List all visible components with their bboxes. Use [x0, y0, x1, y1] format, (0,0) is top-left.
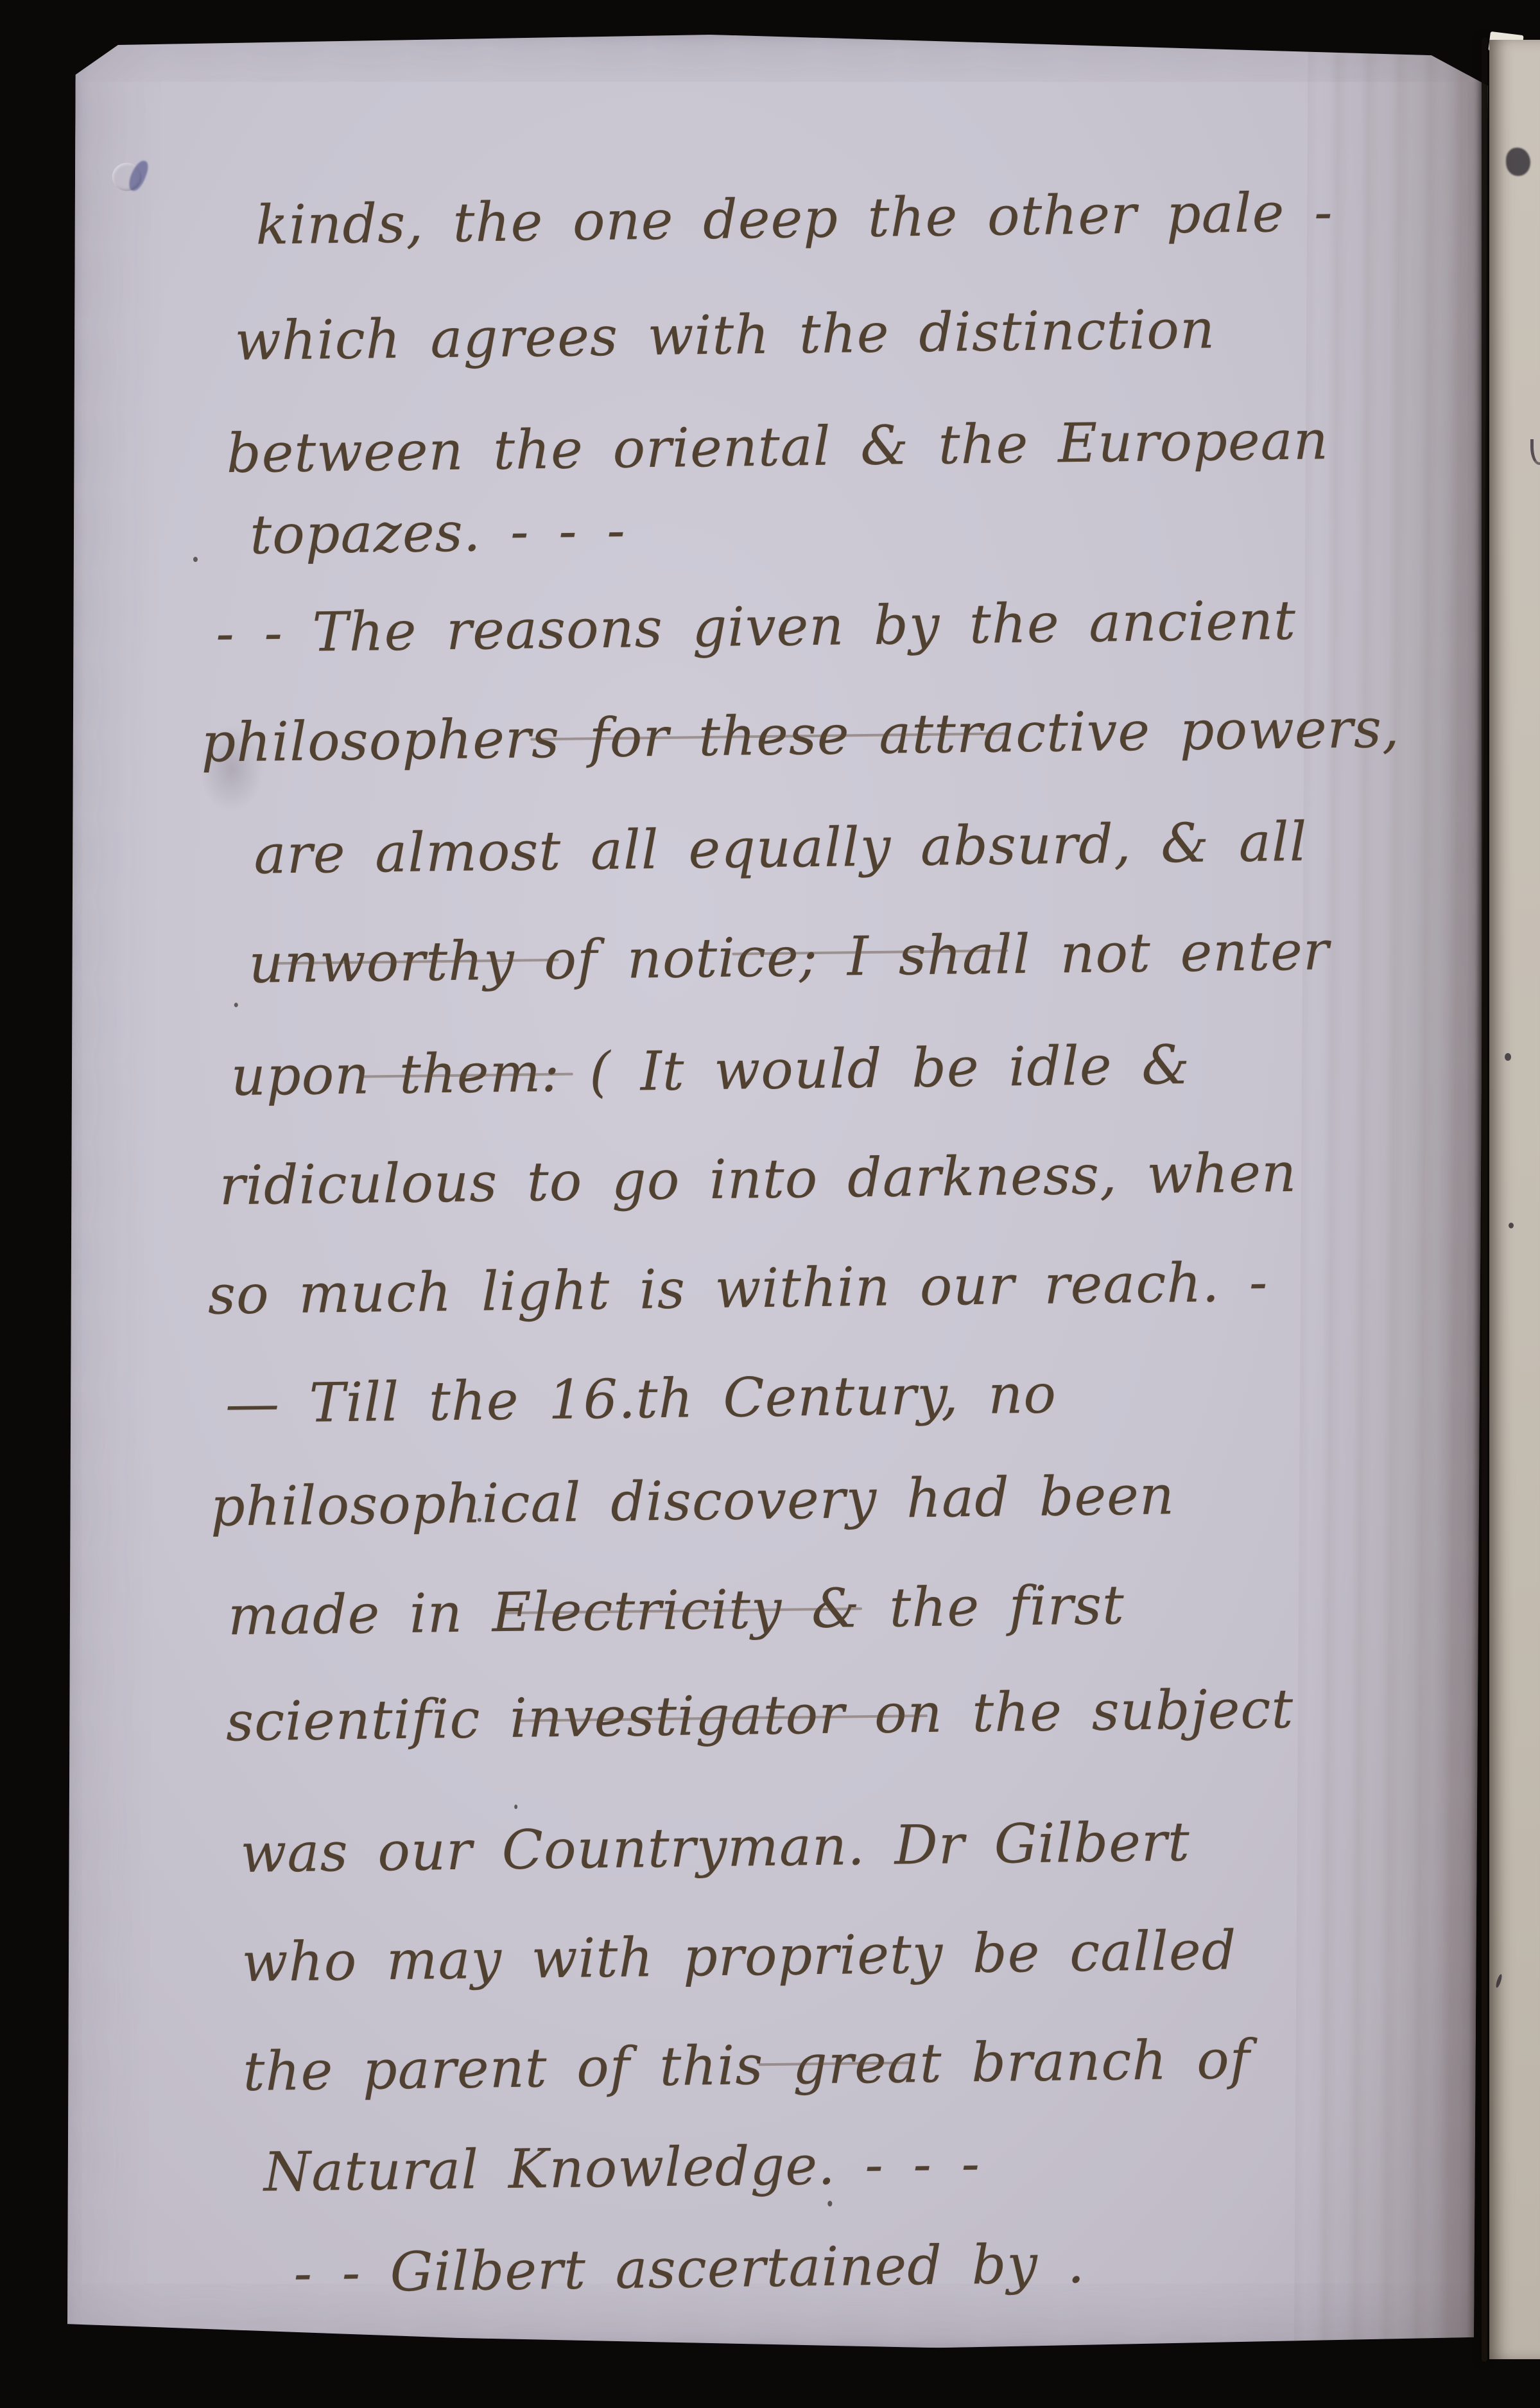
- manuscript-line-17: who may with propriety be called: [241, 1923, 1237, 1989]
- ink-speck: [1509, 1223, 1514, 1228]
- handwriting-layer: kinds, the one deep the other pale - whi…: [73, 16, 1513, 2345]
- manuscript-line-12: — Till the 16.th Century, no: [225, 1366, 1057, 1431]
- manuscript-line-8: unworthy of notice; I shall not enter: [248, 923, 1329, 991]
- manuscript-line-2: which agrees with the distinction: [234, 302, 1215, 368]
- manuscript-line-15: scientific investigator on the subject: [226, 1682, 1294, 1749]
- ink-mark: [1495, 1974, 1503, 1989]
- manuscript-line-9: upon them: ( It would be idle &: [230, 1038, 1190, 1103]
- ink-mark: [1530, 439, 1540, 465]
- manuscript-line-1: kinds, the one deep the other pale -: [255, 185, 1333, 252]
- ink-smudge: [1506, 148, 1530, 176]
- manuscript-line-13: philosophical discovery had been: [210, 1468, 1175, 1533]
- ink-speck: [1505, 1053, 1511, 1061]
- manuscript-line-4: topazes. - - -: [250, 503, 626, 562]
- manuscript-line-10: ridiculous to go into darkness, when: [219, 1146, 1297, 1212]
- adjacent-page-edge: [1489, 40, 1540, 2359]
- manuscript-line-16: was our Countryman. Dr Gilbert: [240, 1815, 1190, 1880]
- manuscript-line-19: Natural Knowledge. - - -: [263, 2136, 980, 2199]
- photograph-background: kinds, the one deep the other pale - whi…: [0, 0, 1540, 2408]
- manuscript-page: kinds, the one deep the other pale - whi…: [62, 31, 1488, 2351]
- manuscript-line-11: so much light is within our reach. -: [207, 1255, 1268, 1322]
- manuscript-line-5: - - The reasons given by the ancient: [216, 593, 1297, 661]
- manuscript-line-20: - - Gilbert ascertained by .: [293, 2237, 1086, 2300]
- manuscript-line-3: between the oriental & the European: [226, 413, 1329, 480]
- manuscript-line-18: the parent of this great branch of: [243, 2032, 1250, 2098]
- binding-crease: [1482, 37, 1487, 2362]
- manuscript-line-7: are almost all equally absurd, & all: [254, 815, 1308, 882]
